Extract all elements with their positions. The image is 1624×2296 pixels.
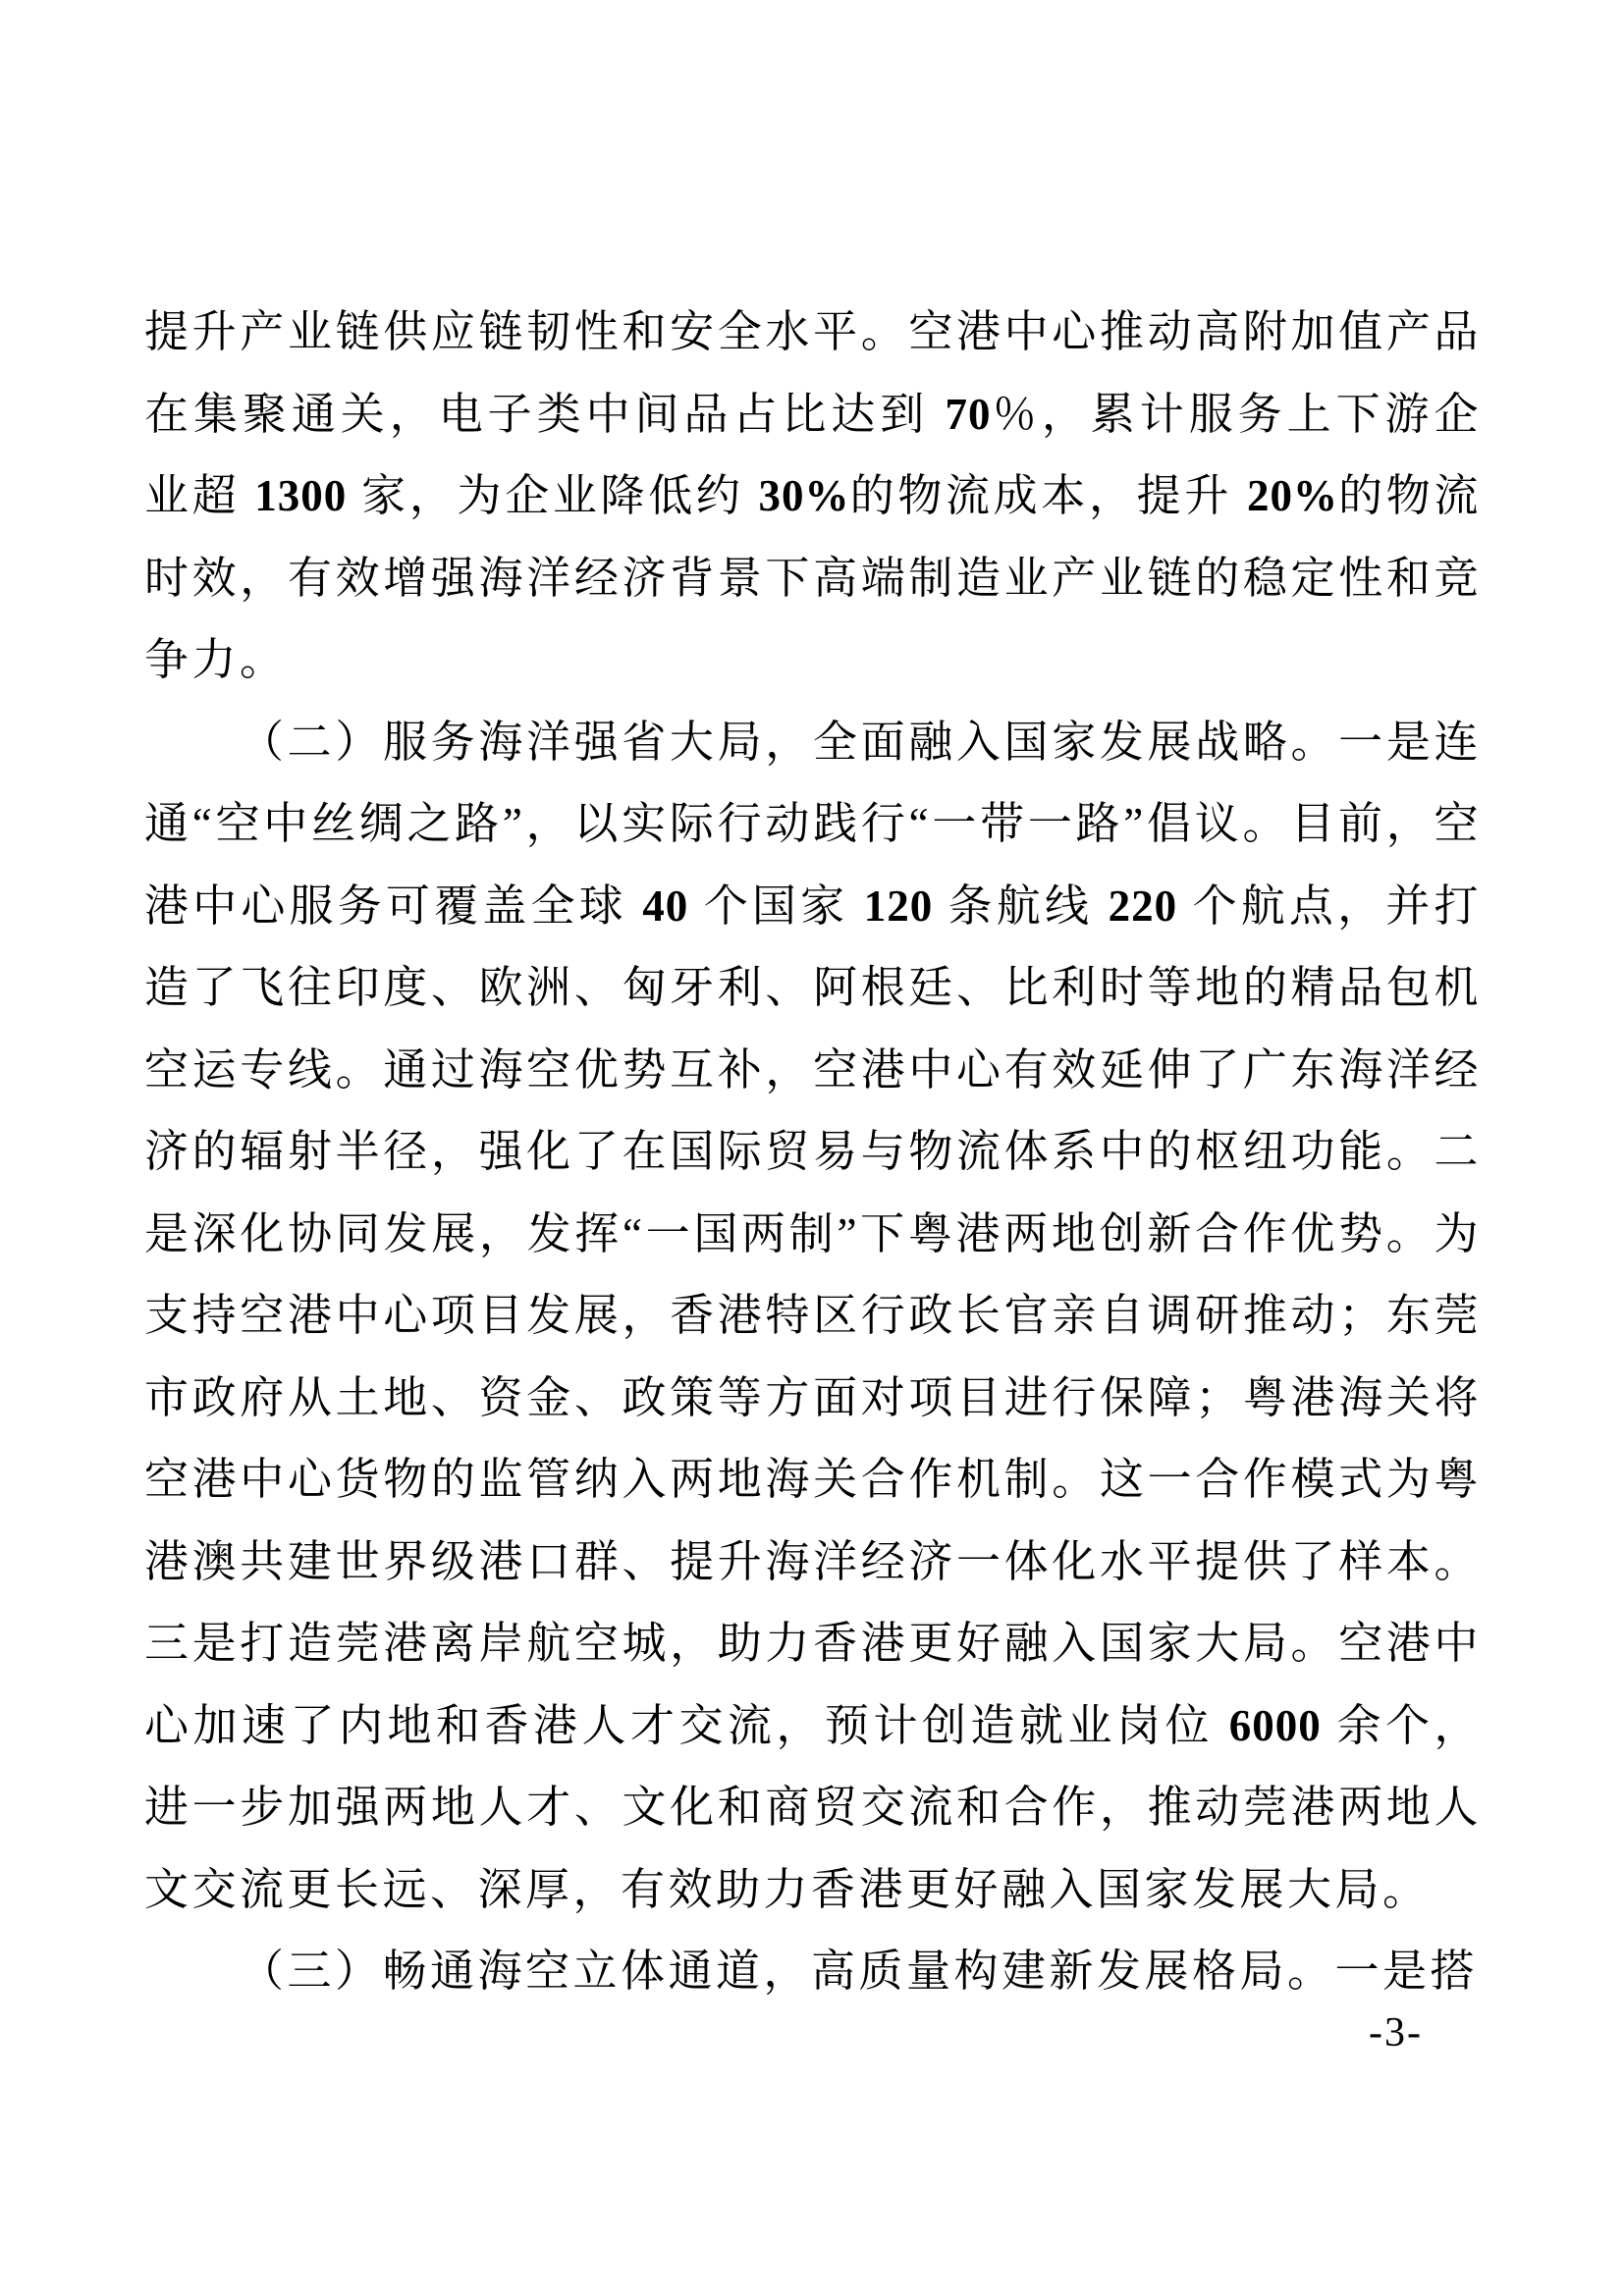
- paragraph: 提升产业链供应链韧性和安全水平。空港中心推动高附加值产品在集聚通关，电子类中间品…: [144, 292, 1482, 702]
- bold-text-segment: 220: [1109, 881, 1178, 931]
- text-segment: 个航点，并打造了飞往印度、欧洲、匈牙利、阿根廷、比利时等地的精品包机空运专线。通…: [144, 881, 1482, 1750]
- bold-text-segment: 70: [945, 390, 991, 439]
- bold-text-segment: 20%: [1247, 471, 1338, 520]
- text-segment: （三）畅通海空立体通道，高质量构建新发展格局。一是搭: [240, 1947, 1478, 1996]
- text-block: 提升产业链供应链韧性和安全水平。空港中心推动高附加值产品在集聚通关，电子类中间品…: [144, 292, 1482, 2013]
- text-segment: 家，为企业降低约: [347, 471, 758, 520]
- text-segment: 的物流成本，提升: [849, 471, 1246, 520]
- text-segment: 条航线: [933, 881, 1108, 931]
- bold-text-segment: 120: [864, 881, 934, 931]
- bold-text-segment: 1300: [254, 471, 347, 520]
- document-page: 提升产业链供应链韧性和安全水平。空港中心推动高附加值产品在集聚通关，电子类中间品…: [0, 0, 1624, 2296]
- text-segment: 个国家: [688, 881, 863, 931]
- bold-text-segment: 30%: [758, 471, 849, 520]
- page-number: -3-: [1369, 2010, 1423, 2056]
- bold-text-segment: 6000: [1229, 1701, 1322, 1750]
- paragraph: （三）畅通海空立体通道，高质量构建新发展格局。一是搭: [144, 1931, 1482, 2013]
- bold-text-segment: 40: [642, 881, 688, 931]
- paragraph: （二）服务海洋强省大局，全面融入国家发展战略。一是连通“空中丝绸之路”，以实际行…: [144, 702, 1482, 1932]
